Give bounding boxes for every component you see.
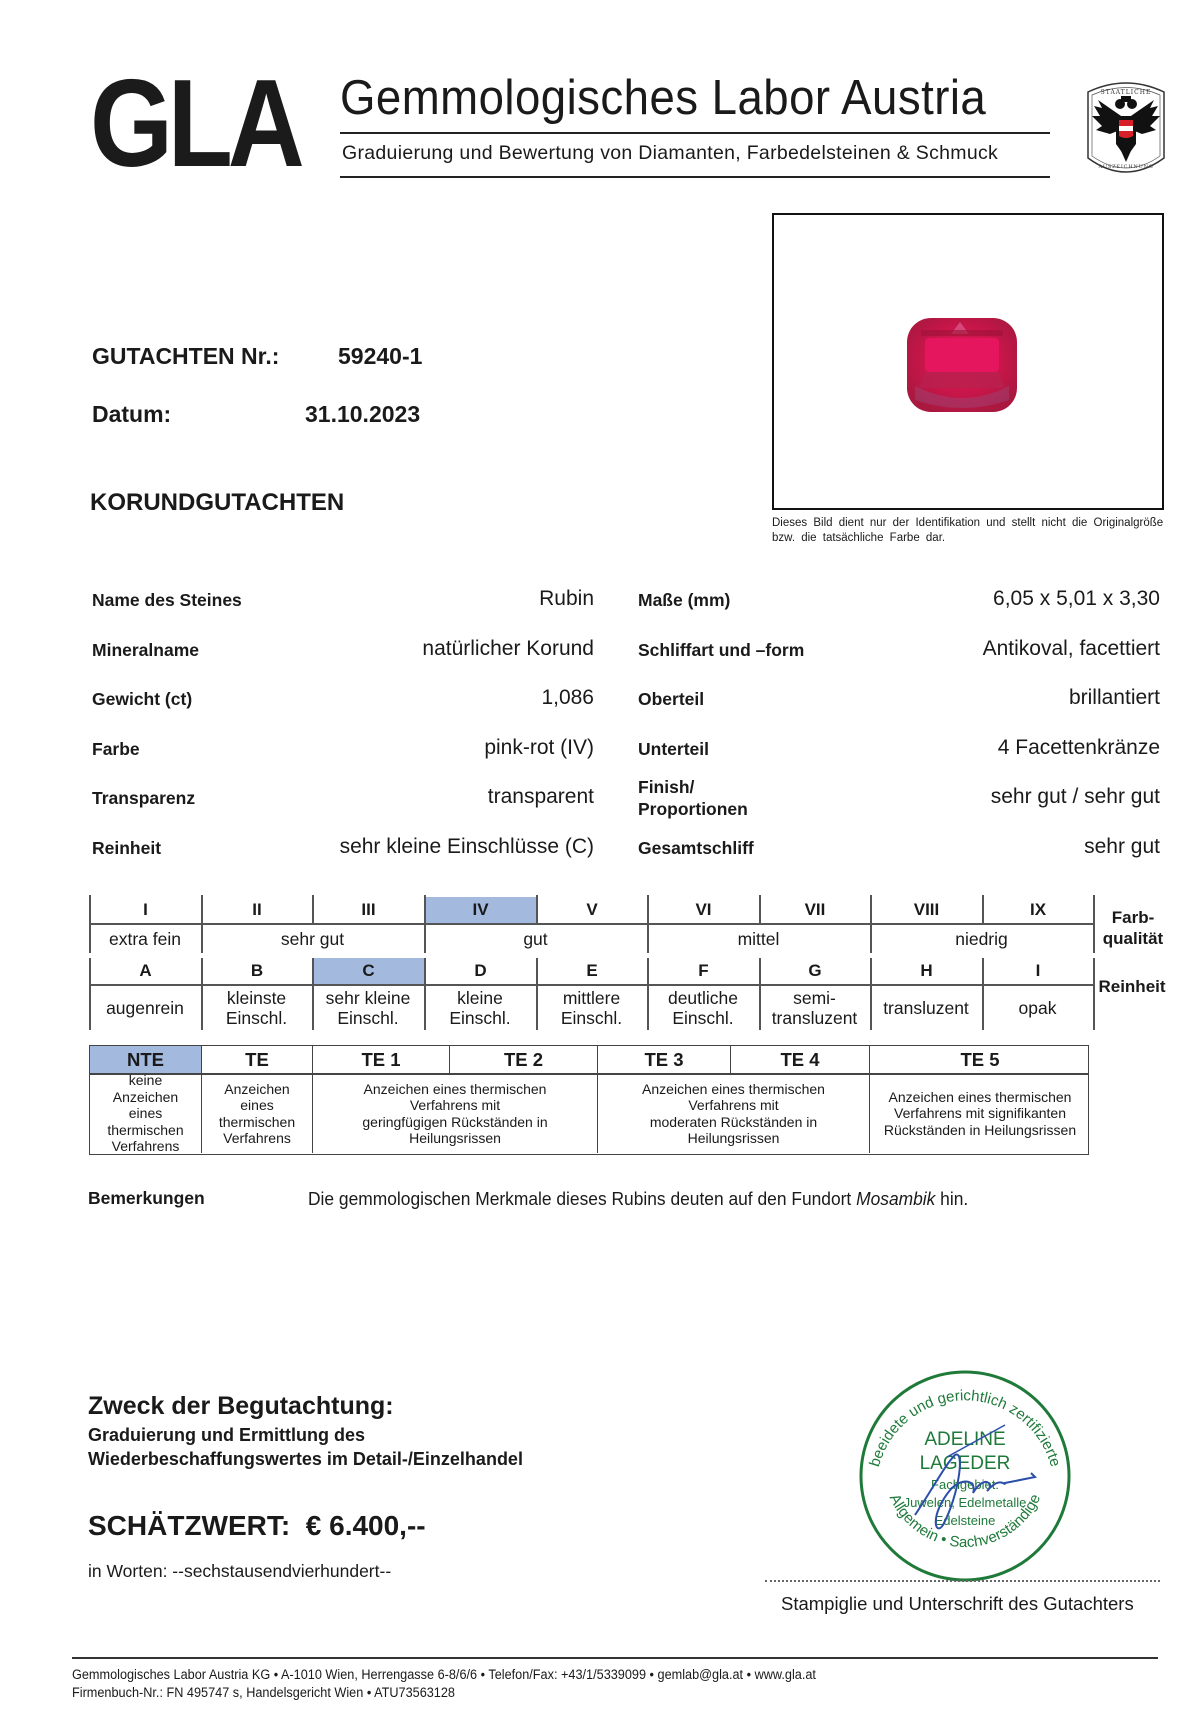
footer-rule: [72, 1657, 1158, 1659]
valuation-amount: € 6.400,--: [306, 1510, 426, 1541]
scale-divider: [312, 958, 314, 1030]
treatment-desc-line: moderaten Rückständen in: [650, 1114, 817, 1131]
clarity-grade-D: D: [425, 958, 536, 984]
property-value: Antikoval, facettiert: [820, 637, 1160, 661]
treatment-desc-line: geringfügigen Rückständen in: [362, 1114, 547, 1131]
clarity-desc-line: transluzent: [772, 1008, 858, 1028]
property-value: Rubin: [280, 587, 594, 611]
clarity-desc-line: sehr kleine: [326, 988, 411, 1008]
lab-tagline: Graduierung und Bewertung von Diamanten,…: [342, 142, 998, 165]
treatment-desc-line: Rückständen in Heilungsrissen: [884, 1122, 1076, 1139]
treatment-desc-line: Anzeichen eines thermischen: [642, 1081, 825, 1098]
clarity-grade-F: F: [648, 958, 759, 984]
clarity-desc-line: kleine: [457, 988, 503, 1008]
property-label: Schliffart und –form: [638, 640, 804, 661]
scale-divider: [201, 895, 203, 953]
signature-label: Stampiglie und Unterschrift des Gutachte…: [781, 1593, 1134, 1615]
austrian-state-award-eagle-icon: STAATLICHE AUSZEICHNUNG: [1080, 78, 1172, 180]
clarity-desc-line: semi-: [793, 988, 836, 1008]
stamp-name2: LAGEDER: [920, 1453, 1011, 1474]
scale-divider: [982, 958, 984, 1030]
color-grade-IV: IV: [425, 897, 536, 923]
purpose-text: Graduierung und Ermittlung des Wiederbes…: [88, 1423, 523, 1471]
property-label: Proportionen: [638, 798, 748, 820]
scale-divider: [759, 958, 761, 1030]
property-label: Finish/: [638, 776, 694, 798]
property-value: brillantiert: [820, 686, 1160, 710]
purpose-title: Zweck der Begutachtung:: [88, 1392, 394, 1421]
clarity-desc-line: Einschl.: [226, 1008, 287, 1028]
clarity-grade-G: G: [760, 958, 870, 984]
color-group-label: extra fein: [89, 925, 201, 953]
scale-divider: [424, 958, 426, 1030]
color-group-label: sehr gut: [201, 925, 424, 953]
clarity-grade-A: A: [90, 958, 201, 984]
clarity-grade-I: I: [983, 958, 1093, 984]
clarity-description: opak: [982, 986, 1093, 1030]
signature-line: [765, 1580, 1160, 1582]
ruby-gemstone-image: [905, 316, 1019, 414]
property-label: Oberteil: [638, 689, 704, 710]
color-grade-VII: VII: [760, 897, 870, 923]
scale-divider: [647, 895, 649, 953]
scale-divider: [89, 984, 1093, 986]
treatment-desc-line: Anzeichen: [113, 1089, 178, 1106]
scale-divider: [536, 895, 538, 923]
clarity-desc-line: opak: [1019, 998, 1057, 1018]
clarity-scale-title: Reinheit: [1092, 976, 1172, 997]
treatment-grade-te5: TE 5: [869, 1046, 1090, 1073]
scale-divider: [870, 958, 872, 1030]
color-scale-title-line2: qualität: [1098, 928, 1168, 949]
treatment-desc-line: Anzeichen eines thermischen: [889, 1089, 1072, 1106]
treatment-description: Anzeichen eines thermischenVerfahrens mi…: [597, 1074, 869, 1153]
property-value: 1,086: [280, 686, 594, 710]
clarity-desc-line: Einschl.: [672, 1008, 733, 1028]
clarity-grade-B: B: [202, 958, 312, 984]
clarity-description: augenrein: [89, 986, 201, 1030]
color-scale-title: Farb- qualität: [1098, 907, 1168, 949]
scale-divider: [870, 895, 872, 953]
color-grade-II: II: [202, 897, 312, 923]
valuation: SCHÄTZWERT: € 6.400,--: [88, 1510, 426, 1542]
treatment-desc-line: eines: [129, 1105, 162, 1122]
scale-divider: [89, 958, 91, 1030]
treatment-desc-line: keine: [129, 1072, 162, 1089]
property-value: sehr kleine Einschlüsse (C): [280, 835, 594, 859]
scale-divider: [982, 895, 984, 923]
treatment-description: Anzeichen eines thermischenVerfahrens mi…: [869, 1074, 1090, 1153]
property-label: Maße (mm): [638, 590, 730, 611]
color-group-label: mittel: [647, 925, 870, 953]
treatment-desc-line: eines: [240, 1097, 273, 1114]
footer-line2: Firmenbuch-Nr.: FN 495747 s, Handelsgeri…: [72, 1685, 455, 1700]
treatment-description: Anzeichen eines thermischenVerfahrens mi…: [312, 1074, 597, 1153]
treatment-desc-line: Verfahrens mit: [410, 1097, 500, 1114]
treatment-desc-line: Anzeichen: [224, 1081, 289, 1098]
clarity-description: mittlereEinschl.: [536, 986, 647, 1030]
scale-divider: [536, 958, 538, 1030]
date-label: Datum:: [92, 401, 171, 428]
remarks-text: Die gemmologischen Merkmale dieses Rubin…: [308, 1188, 968, 1210]
property-value: transparent: [280, 785, 594, 809]
treatment-desc-line: Verfahrens: [223, 1130, 291, 1147]
color-group-label: gut: [424, 925, 647, 953]
treatment-desc-line: thermischen: [219, 1114, 295, 1131]
clarity-desc-line: Einschl.: [337, 1008, 398, 1028]
treatment-desc-line: Heilungsrissen: [409, 1130, 501, 1147]
scale-divider: [1093, 895, 1095, 953]
clarity-desc-line: Einschl.: [561, 1008, 622, 1028]
remarks-label: Bemerkungen: [88, 1188, 205, 1209]
clarity-desc-line: deutliche: [668, 988, 738, 1008]
treatment-desc-line: Anzeichen eines thermischen: [364, 1081, 547, 1098]
clarity-description: kleineEinschl.: [424, 986, 536, 1030]
property-label: Reinheit: [92, 838, 161, 859]
treatment-desc-line: Verfahrens: [112, 1138, 180, 1155]
lab-name: Gemmologisches Labor Austria: [340, 70, 986, 126]
clarity-description: sehr kleineEinschl.: [312, 986, 424, 1030]
treatment-desc-line: thermischen: [107, 1122, 183, 1139]
report-type: KORUNDGUTACHTEN: [90, 489, 344, 517]
property-value: 6,05 x 5,01 x 3,30: [820, 587, 1160, 611]
property-value: sehr gut / sehr gut: [820, 785, 1160, 809]
treatment-grade-te: TE: [201, 1046, 312, 1073]
color-grade-III: III: [313, 897, 424, 923]
appraiser-stamp: beeidete und gerichtlich zertifizierte A…: [855, 1365, 1075, 1587]
clarity-desc-line: transluzent: [883, 998, 969, 1018]
property-value: sehr gut: [820, 835, 1160, 859]
svg-text:AUSZEICHNUNG: AUSZEICHNUNG: [1097, 164, 1153, 170]
report-number-label: GUTACHTEN Nr.:: [92, 343, 279, 370]
property-label: Gesamtschliff: [638, 838, 754, 859]
color-grade-VI: VI: [648, 897, 759, 923]
clarity-desc-line: mittlere: [563, 988, 620, 1008]
report-number: 59240-1: [338, 343, 422, 370]
clarity-grade-E: E: [537, 958, 647, 984]
treatment-grade-nte: NTE: [90, 1046, 201, 1073]
purpose-line2: Wiederbeschaffungswertes im Detail-/Einz…: [88, 1447, 523, 1471]
clarity-description: kleinsteEinschl.: [201, 986, 312, 1030]
report-date: 31.10.2023: [305, 401, 420, 428]
clarity-grade-H: H: [871, 958, 982, 984]
property-value: 4 Facettenkränze: [820, 736, 1160, 760]
valuation-label: SCHÄTZWERT:: [88, 1510, 290, 1541]
remarks-text-after: hin.: [935, 1188, 968, 1209]
treatment-scale-table: NTETETE 1TE 2TE 3TE 4TE 5keineAnzeichene…: [89, 1045, 1089, 1155]
treatment-grade-te2: TE 2: [449, 1046, 597, 1073]
scale-divider: [312, 895, 314, 923]
gemstone-photo-frame: [772, 213, 1164, 510]
clarity-description: transluzent: [870, 986, 982, 1030]
treatment-desc-line: Heilungsrissen: [688, 1130, 780, 1147]
property-label: Gewicht (ct): [92, 689, 192, 710]
color-grade-V: V: [537, 897, 647, 923]
color-grade-IX: IX: [983, 897, 1093, 923]
color-group-label: niedrig: [870, 925, 1093, 953]
clarity-grade-C: C: [313, 958, 424, 984]
property-label: Mineralname: [92, 640, 199, 661]
treatment-description: AnzeicheneinesthermischenVerfahrens: [201, 1074, 312, 1153]
remarks-text-before: Die gemmologischen Merkmale dieses Rubin…: [308, 1188, 856, 1209]
scale-divider: [201, 958, 203, 1030]
property-label: Unterteil: [638, 739, 709, 760]
header-rule-bottom: [340, 176, 1050, 178]
clarity-desc-line: Einschl.: [449, 1008, 510, 1028]
scale-divider: [759, 895, 761, 923]
treatment-grade-te1: TE 1: [312, 1046, 449, 1073]
property-value: pink-rot (IV): [280, 736, 594, 760]
property-value: natürlicher Korund: [280, 637, 594, 661]
header-rule-top: [340, 132, 1050, 134]
property-label: Name des Steines: [92, 590, 242, 611]
treatment-grade-te4: TE 4: [730, 1046, 869, 1073]
treatment-grade-te3: TE 3: [597, 1046, 730, 1073]
clarity-description: deutlicheEinschl.: [647, 986, 759, 1030]
footer-line1: Gemmologisches Labor Austria KG • A-1010…: [72, 1667, 816, 1682]
svg-text:STAATLICHE: STAATLICHE: [1101, 89, 1152, 96]
property-label: Farbe: [92, 739, 140, 760]
scale-divider: [89, 895, 91, 953]
color-grade-I: I: [90, 897, 201, 923]
scale-divider: [647, 958, 649, 1030]
purpose-line1: Graduierung und Ermittlung des: [88, 1423, 523, 1447]
property-label: Transparenz: [92, 788, 195, 809]
stamp-line5: Edelsteine: [935, 1513, 996, 1528]
scale-divider: [424, 895, 426, 953]
photo-disclaimer: Dieses Bild dient nur der Identifikation…: [772, 516, 1172, 546]
treatment-description: keineAnzeicheneinesthermischenVerfahrens: [90, 1074, 201, 1153]
color-scale-title-line1: Farb-: [1098, 907, 1168, 928]
treatment-desc-line: Verfahrens mit signifikanten: [894, 1105, 1066, 1122]
clarity-desc-line: augenrein: [106, 998, 184, 1018]
color-grade-VIII: VIII: [871, 897, 982, 923]
origin-country: Mosambik: [856, 1188, 935, 1209]
clarity-description: semi-transluzent: [759, 986, 870, 1030]
treatment-desc-line: Verfahrens mit: [688, 1097, 778, 1114]
clarity-desc-line: kleinste: [227, 988, 286, 1008]
valuation-in-words: in Worten: --sechstausendvierhundert--: [88, 1561, 391, 1582]
gla-logo: GLA: [90, 62, 300, 186]
